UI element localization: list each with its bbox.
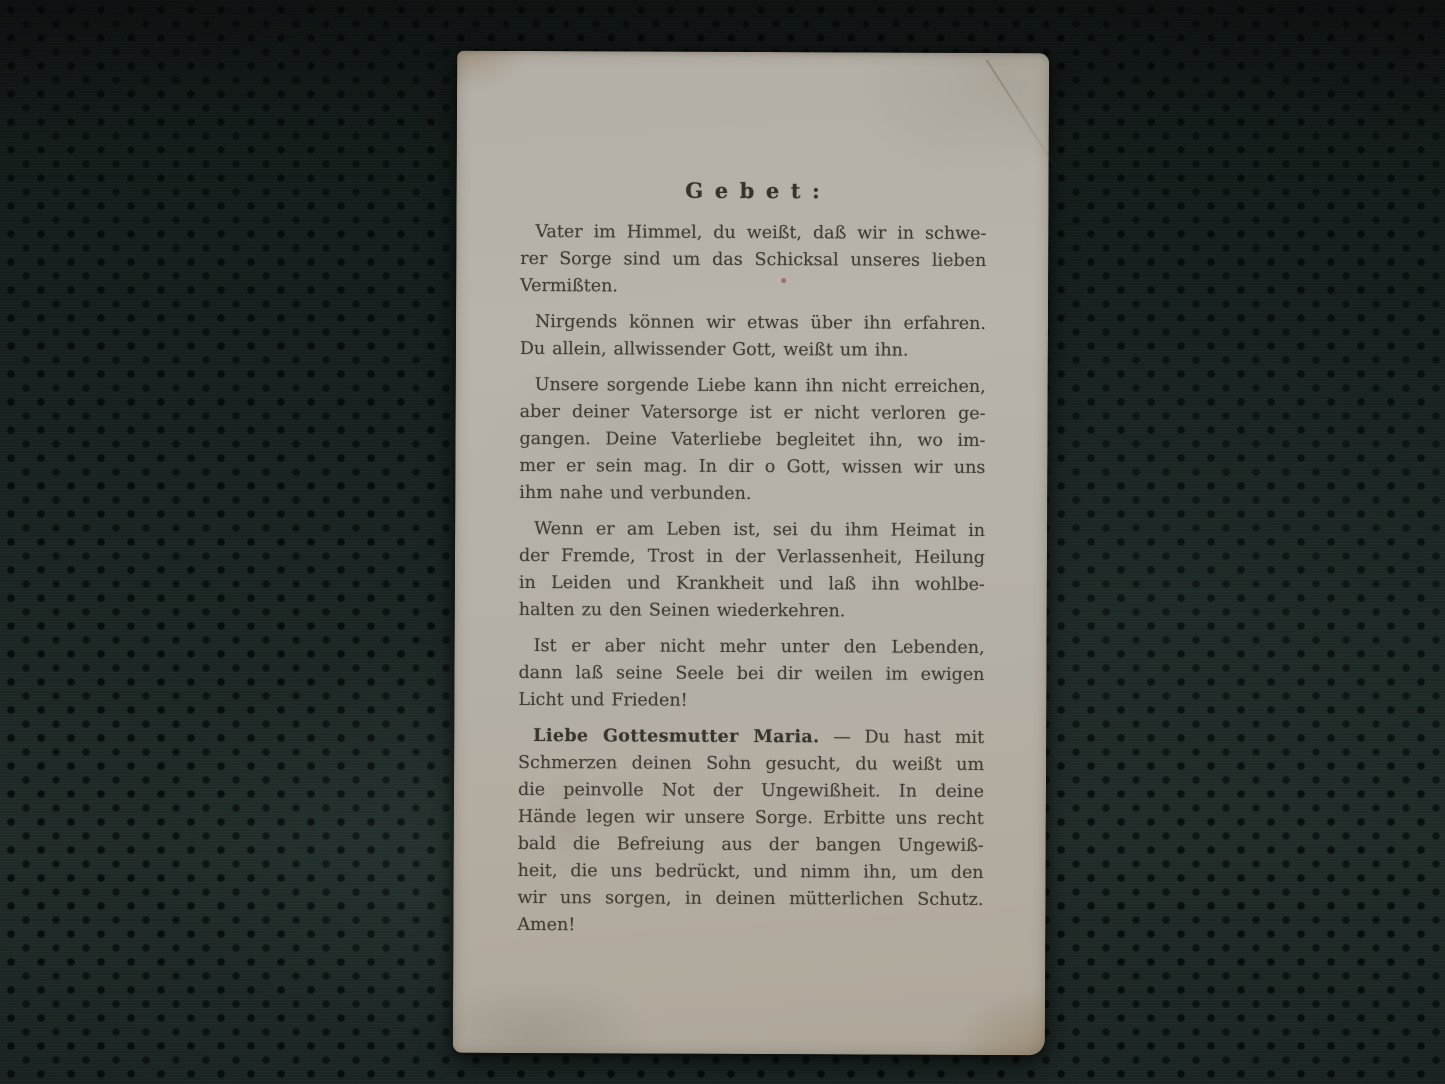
paragraph: Vater im Himmel, du weißt, daß wir in sc…	[520, 219, 986, 302]
prayer-text: Vater im Himmel, du weißt, daß wir in sc…	[517, 219, 986, 950]
text-line: Liebe Gottesmutter Maria. — Du hast mit	[518, 723, 984, 752]
text-line: halten zu den Seinen wiederkehren.	[519, 597, 985, 626]
text-line: Nirgends können wir etwas über ihn erfah…	[520, 309, 986, 338]
line-text: — Du hast mit	[833, 727, 984, 748]
page-title: Gebet:	[457, 177, 1049, 205]
text-line: der Fremde, Trost in der Verlassenheit, …	[519, 543, 985, 572]
text-line: Ist er aber nicht mehr unter den Lebende…	[519, 633, 985, 662]
text-line: aber deiner Vatersorge ist er nicht verl…	[520, 399, 986, 428]
paragraph: Ist er aber nicht mehr unter den Lebende…	[518, 633, 984, 716]
text-line: wir uns sorgen, in deinen mütterlichen S…	[517, 885, 983, 914]
corner-fold-shading	[953, 53, 1050, 185]
text-line: Hände legen wir unsere Sorge. Erbitte un…	[518, 804, 984, 833]
prayer-card: Gebet: Vater im Himmel, du weißt, daß wi…	[453, 51, 1049, 1056]
text-line: bald die Befreiung aus der bangen Ungewi…	[518, 831, 984, 860]
text-line: Vater im Himmel, du weißt, daß wir in sc…	[520, 219, 986, 248]
text-line: Licht und Frieden!	[518, 687, 984, 716]
text-line: ihm nahe und verbunden.	[519, 480, 985, 509]
text-line: die peinvolle Not der Ungewißheit. In de…	[518, 777, 984, 806]
paragraph: Unsere sorgende Liebe kann ihn nicht err…	[519, 372, 986, 509]
photo-background: Gebet: Vater im Himmel, du weißt, daß wi…	[0, 0, 1445, 1084]
text-line: in Leiden und Krankheit und laß ihn wohl…	[519, 570, 985, 599]
bold-lead-text: Liebe Gottesmutter Maria.	[533, 726, 819, 747]
paragraph: Nirgends können wir etwas über ihn erfah…	[520, 309, 986, 365]
text-line: Wenn er am Leben ist, sei du ihm Heimat …	[519, 516, 985, 545]
text-line: gangen. Deine Vaterliebe begleitet ihn, …	[519, 426, 985, 455]
text-line: heit, die uns bedrückt, und nimm ihn, um…	[518, 858, 984, 887]
text-line: Unsere sorgende Liebe kann ihn nicht err…	[520, 372, 986, 401]
text-line: dann laß seine Seele bei dir weilen im e…	[518, 660, 984, 689]
text-line: mer er sein mag. In dir o Gott, wissen w…	[519, 453, 985, 482]
text-line: Schmerzen deinen Sohn gesucht, du weißt …	[518, 750, 984, 779]
text-line: Du allein, allwissender Gott, weißt um i…	[520, 336, 986, 365]
text-line: rer Sorge sind um das Schicksal unseres …	[520, 246, 986, 275]
text-line: Vermißten.	[520, 273, 986, 302]
paragraph: Wenn er am Leben ist, sei du ihm Heimat …	[519, 516, 985, 626]
text-line: Amen!	[517, 912, 983, 941]
paragraph: Liebe Gottesmutter Maria. — Du hast mitS…	[517, 723, 984, 941]
